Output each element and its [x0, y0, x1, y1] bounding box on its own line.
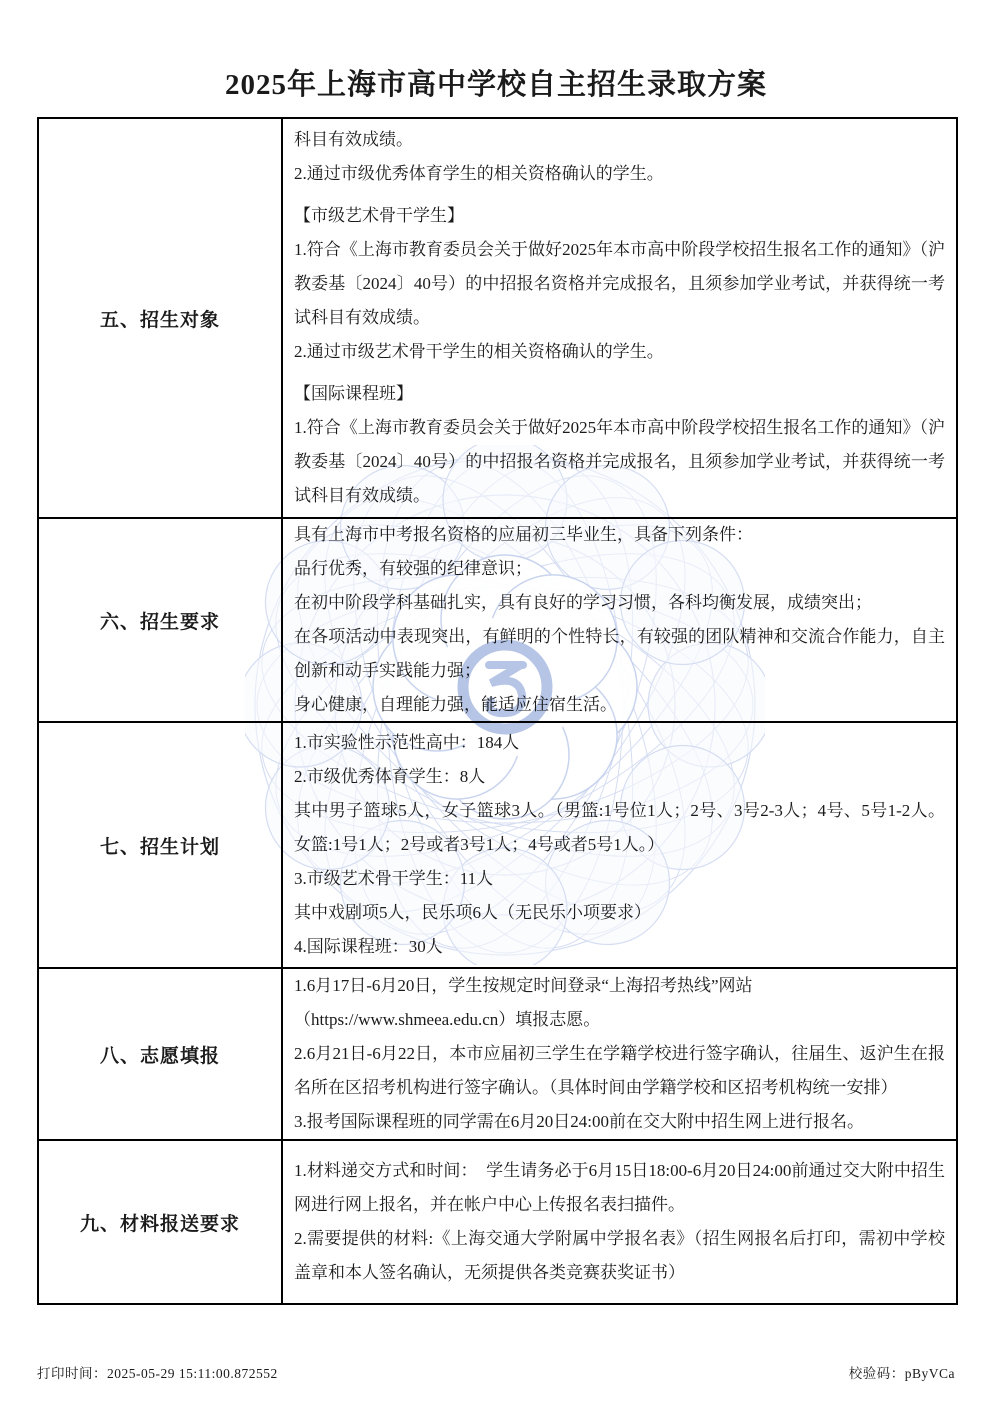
admission-plan-table: 五、招生对象 科目有效成绩。2.通过市级优秀体育学生的相关资格确认的学生。【市级… [37, 117, 958, 1305]
paragraph: 1.6月17日-6月20日，学生按规定时间登录“上海招考热线”网站 [294, 969, 945, 1003]
paragraph: 品行优秀，有较强的纪律意识； [294, 552, 945, 586]
paragraph: 3.报考国际课程班的同学需在6月20日24:00前在交大附中招生网上进行报名。 [294, 1105, 945, 1139]
paragraph: 3.市级艺术骨干学生：11人 [294, 862, 945, 896]
table-row: 五、招生对象 科目有效成绩。2.通过市级优秀体育学生的相关资格确认的学生。【市级… [39, 119, 956, 517]
paragraph [294, 191, 945, 199]
page-title: 2025年上海市高中学校自主招生录取方案 [0, 62, 992, 103]
row-content-application: 1.6月17日-6月20日，学生按规定时间登录“上海招考热线”网站（https:… [283, 969, 956, 1139]
table-row: 七、招生计划 1.市实验性示范性高中：184人2.市级优秀体育学生：8人其中男子… [39, 721, 956, 967]
row-label-enrollment-plan: 七、招生计划 [39, 723, 283, 967]
paragraph: 身心健康，自理能力强，能适应住宿生活。 [294, 688, 945, 722]
paragraph: 4.国际课程班：30人 [294, 930, 945, 964]
paragraph: 其中戏剧项5人，民乐项6人（无民乐小项要求） [294, 896, 945, 930]
paragraph: 2.6月21日-6月22日，本市应届初三学生在学籍学校进行签字确认，往届生、返沪… [294, 1037, 945, 1105]
paragraph: 1.符合《上海市教育委员会关于做好2025年本市高中阶段学校招生报名工作的通知》… [294, 411, 945, 513]
paragraph: 1.材料递交方式和时间： 学生请务必于6月15日18:00-6月20日24:00… [294, 1154, 945, 1222]
verification-code: 校验码：pByVCa [849, 1362, 955, 1382]
row-label-application: 八、志愿填报 [39, 969, 283, 1139]
print-time: 打印时间：2025-05-29 15:11:00.872552 [37, 1362, 278, 1382]
paragraph: 1.符合《上海市教育委员会关于做好2025年本市高中阶段学校招生报名工作的通知》… [294, 233, 945, 335]
paragraph [294, 369, 945, 377]
paragraph: 2.需要提供的材料:《上海交通大学附属中学报名表》（招生网报名后打印，需初中学校… [294, 1222, 945, 1290]
row-label-material-submission: 九、材料报送要求 [39, 1141, 283, 1303]
row-content-enrollment-requirements: 具有上海市中考报名资格的应届初三毕业生，具备下列条件：品行优秀，有较强的纪律意识… [283, 519, 956, 721]
paragraph: 在初中阶段学科基础扎实，具有良好的学习习惯，各科均衡发展，成绩突出； [294, 586, 945, 620]
paragraph: 2.市级优秀体育学生：8人 [294, 760, 945, 794]
row-content-enrollment-targets: 科目有效成绩。2.通过市级优秀体育学生的相关资格确认的学生。【市级艺术骨干学生】… [283, 119, 956, 517]
table-row: 八、志愿填报 1.6月17日-6月20日，学生按规定时间登录“上海招考热线”网站… [39, 967, 956, 1139]
table-row: 九、材料报送要求 1.材料递交方式和时间： 学生请务必于6月15日18:00-6… [39, 1139, 956, 1303]
paragraph: 1.市实验性示范性高中：184人 [294, 726, 945, 760]
row-label-enrollment-targets: 五、招生对象 [39, 119, 283, 517]
paragraph: 科目有效成绩。 [294, 123, 945, 157]
paragraph: 【市级艺术骨干学生】 [294, 199, 945, 233]
paragraph: 2.通过市级艺术骨干学生的相关资格确认的学生。 [294, 335, 945, 369]
paragraph: 2.通过市级优秀体育学生的相关资格确认的学生。 [294, 157, 945, 191]
paragraph: 【国际课程班】 [294, 377, 945, 411]
row-label-enrollment-requirements: 六、招生要求 [39, 519, 283, 721]
table-row: 六、招生要求 具有上海市中考报名资格的应届初三毕业生，具备下列条件：品行优秀，有… [39, 517, 956, 721]
paragraph: 具有上海市中考报名资格的应届初三毕业生，具备下列条件： [294, 518, 945, 552]
page-footer: 打印时间：2025-05-29 15:11:00.872552 校验码：pByV… [37, 1362, 955, 1382]
paragraph: （https://www.shmeea.edu.cn）填报志愿。 [294, 1003, 945, 1037]
row-content-enrollment-plan: 1.市实验性示范性高中：184人2.市级优秀体育学生：8人其中男子篮球5人，女子… [283, 723, 956, 967]
row-content-material-submission: 1.材料递交方式和时间： 学生请务必于6月15日18:00-6月20日24:00… [283, 1141, 956, 1303]
paragraph: 其中男子篮球5人，女子篮球3人。（男篮:1号位1人；2号、3号2-3人；4号、5… [294, 794, 945, 862]
paragraph: 在各项活动中表现突出，有鲜明的个性特长，有较强的团队精神和交流合作能力，自主创新… [294, 620, 945, 688]
